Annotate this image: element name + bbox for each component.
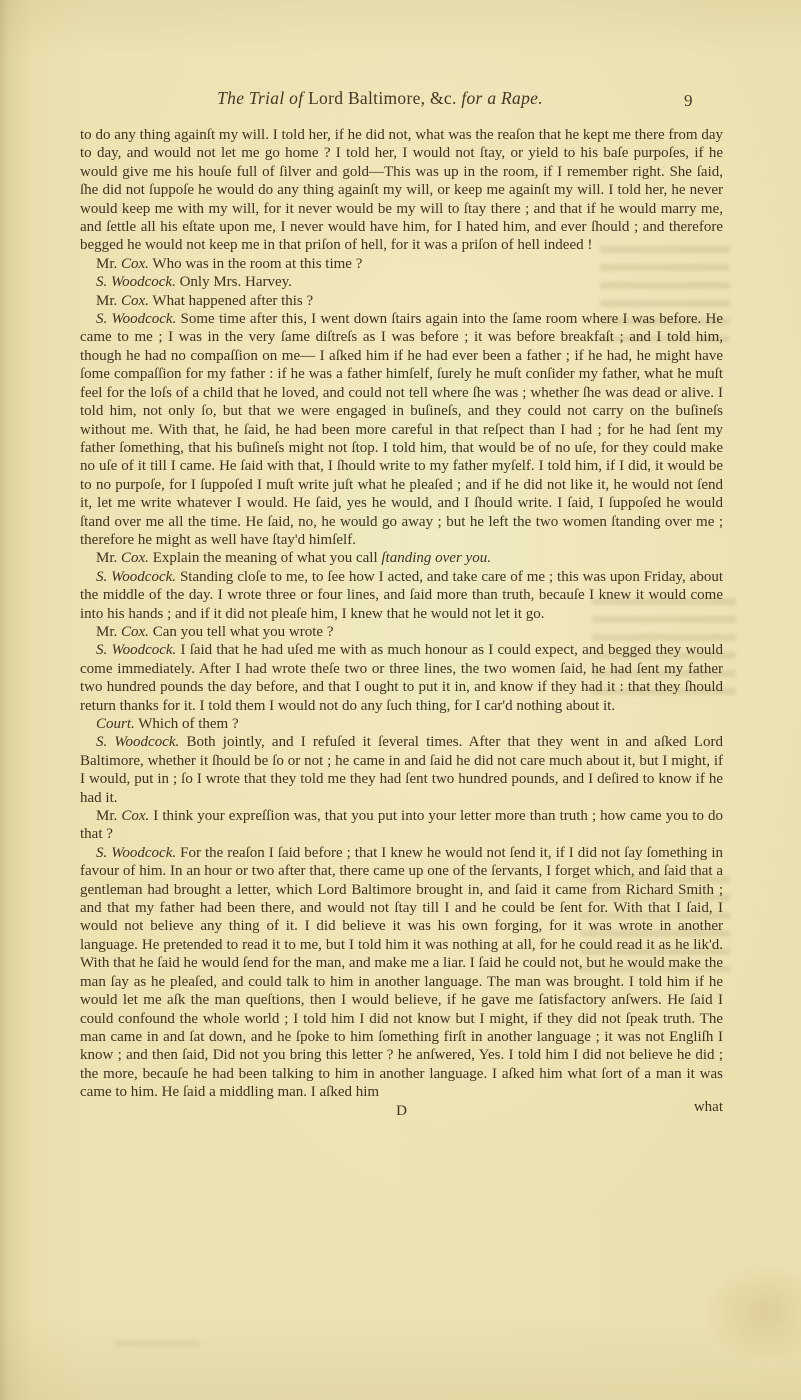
paragraph-segment: S. Woodcock.: [96, 845, 176, 861]
paragraph-segment: Cox.: [121, 808, 149, 824]
paragraph: S. Woodcock. Some time after this, I wen…: [80, 310, 723, 549]
running-title: The Trial of Lord Baltimore, &c. for a R…: [80, 88, 680, 109]
paragraph-segment: S. Woodcock.: [96, 311, 176, 327]
paragraph: S. Woodcock. Standing cloſe to me, to ſe…: [80, 568, 723, 623]
paper-stain: [700, 1262, 801, 1362]
paragraph-segment: I think your expreſſion was, that you pu…: [80, 808, 723, 842]
running-title-segment: The Trial of: [217, 88, 308, 108]
catchword: what: [694, 1098, 723, 1116]
running-title-segment: Lord Baltimore, &c.: [308, 88, 461, 108]
paragraph-segment: ſtanding over you.: [381, 550, 491, 566]
paragraph: Mr. Cox. What happened after this ?: [80, 292, 723, 310]
running-title-segment: for a Rape.: [461, 88, 543, 108]
paragraph-segment: Cox.: [121, 550, 149, 566]
paragraph: S. Woodcock. Both jointly, and I refuſed…: [80, 733, 723, 807]
paragraph-segment: Mr.: [96, 624, 121, 640]
paragraph-segment: Standing cloſe to me, to ſee how I acted…: [80, 569, 723, 622]
paragraph: S. Woodcock. For the reaſon I ſaid befor…: [80, 844, 723, 1102]
paragraph: S. Woodcock. I ſaid that he had uſed me …: [80, 641, 723, 715]
paragraph-segment: What happened after this ?: [149, 293, 313, 309]
paragraph-segment: Mr.: [96, 808, 121, 824]
paragraph: Mr. Cox. Who was in the room at this tim…: [80, 255, 723, 273]
paragraph: Mr. Cox. Can you tell what you wrote ?: [80, 623, 723, 641]
paragraph-segment: Can you tell what you wrote ?: [149, 624, 334, 640]
paragraph-segment: Mr.: [96, 293, 121, 309]
paragraph: Court. Which of them ?: [80, 715, 723, 733]
paragraph-segment: Court.: [96, 716, 135, 732]
catch-row: Dwhat: [80, 1102, 723, 1122]
paragraph-segment: S. Woodcock.: [96, 569, 176, 585]
paragraph-segment: S. Woodcock.: [96, 642, 176, 658]
paragraph: Mr. Cox. Explain the meaning of what you…: [80, 549, 723, 567]
page-number: 9: [684, 91, 693, 111]
paragraph-segment: S. Woodcock.: [96, 734, 179, 750]
signature-mark: D: [396, 1103, 407, 1119]
paragraph-segment: S. Woodcock.: [96, 274, 176, 290]
bleed-through-text: [114, 1340, 200, 1356]
paragraph-segment: For the reaſon I ſaid before ; that I kn…: [80, 845, 723, 1100]
text-body: to do any thing againſt my will. I told …: [80, 126, 723, 1122]
paragraph-segment: Who was in the room at this time ?: [149, 256, 362, 272]
paragraph: Mr. Cox. I think your expreſſion was, th…: [80, 807, 723, 844]
paragraph-segment: I ſaid that he had uſed me with as much …: [80, 642, 723, 713]
paragraph-segment: Cox.: [121, 624, 149, 640]
paragraph: S. Woodcock. Only Mrs. Harvey.: [80, 273, 723, 291]
paragraph-segment: Cox.: [121, 293, 149, 309]
paragraph-segment: Only Mrs. Harvey.: [176, 274, 292, 290]
paragraph-segment: Cox.: [121, 256, 149, 272]
paragraph-segment: Which of them ?: [135, 716, 239, 732]
paragraph-segment: to do any thing againſt my will. I told …: [80, 127, 723, 253]
paragraph-segment: Some time after this, I went down ſtairs…: [80, 311, 723, 548]
paragraph-segment: Mr.: [96, 550, 121, 566]
paragraph-segment: Explain the meaning of what you call: [149, 550, 381, 566]
paragraph-segment: Mr.: [96, 256, 121, 272]
paragraph: to do any thing againſt my will. I told …: [80, 126, 723, 255]
book-page: The Trial of Lord Baltimore, &c. for a R…: [0, 0, 801, 1400]
